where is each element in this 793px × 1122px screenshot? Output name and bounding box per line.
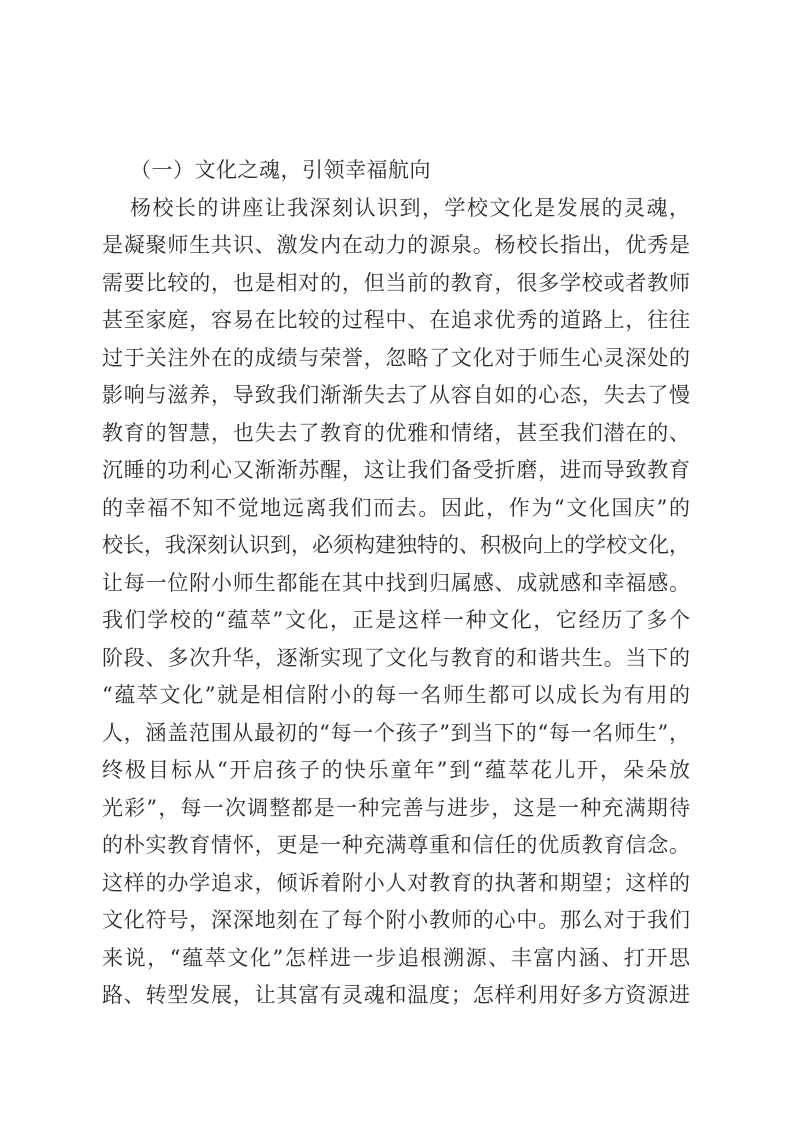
text-line: 这样的办学追求，倾诉着附小人对教育的执著和期望；这样的 <box>102 865 690 903</box>
text-line: 校长，我深刻认识到，必须构建独特的、积极向上的学校文化， <box>102 527 690 565</box>
text-line: 终极目标从“开启孩子的快乐童年”到“蕴萃花儿开，朵朵放 <box>102 752 690 790</box>
text-line: 杨校长的讲座让我深刻认识到，学校文化是发展的灵魂， <box>102 190 690 228</box>
text-line: 我们学校的“蕴萃”文化，正是这样一种文化，它经历了多个 <box>102 602 690 640</box>
text-line: 光彩”，每一次调整都是一种完善与进步，这是一种充满期待 <box>102 790 690 828</box>
section-heading: （一）文化之魂，引领幸福航向 <box>102 152 690 190</box>
text-line: 文化符号，深深地刻在了每个附小教师的心中。那么对于我们 <box>102 902 690 940</box>
text-line: 影响与滋养，导致我们渐渐失去了从容自如的心态，失去了慢 <box>102 377 690 415</box>
text-line: 阶段、多次升华，逐渐实现了文化与教育的和谐共生。当下的 <box>102 640 690 678</box>
body-paragraph: 杨校长的讲座让我深刻认识到，学校文化是发展的灵魂，是凝聚师生共识、激发内在动力的… <box>102 190 690 1015</box>
text-line: 人，涵盖范围从最初的“每一个孩子”到当下的“每一名师生”， <box>102 715 690 753</box>
text-line: 是凝聚师生共识、激发内在动力的源泉。杨校长指出，优秀是 <box>102 227 690 265</box>
text-line: 来说，“蕴萃文化”怎样进一步追根溯源、丰富内涵、打开思 <box>102 940 690 978</box>
text-line: 教育的智慧，也失去了教育的优雅和情绪，甚至我们潜在的、 <box>102 415 690 453</box>
text-line: 让每一位附小师生都能在其中找到归属感、成就感和幸福感。 <box>102 565 690 603</box>
text-line: 过于关注外在的成绩与荣誉，忽略了文化对于师生心灵深处的 <box>102 340 690 378</box>
text-line: 沉睡的功利心又渐渐苏醒，这让我们备受折磨，进而导致教育 <box>102 452 690 490</box>
document-page: （一）文化之魂，引领幸福航向 杨校长的讲座让我深刻认识到，学校文化是发展的灵魂，… <box>0 0 793 1122</box>
text-line: 甚至家庭，容易在比较的过程中、在追求优秀的道路上，往往 <box>102 302 690 340</box>
text-line: 的朴实教育情怀，更是一种充满尊重和信任的优质教育信念。 <box>102 827 690 865</box>
text-block: （一）文化之魂，引领幸福航向 杨校长的讲座让我深刻认识到，学校文化是发展的灵魂，… <box>102 152 690 1015</box>
text-line: 路、转型发展，让其富有灵魂和温度；怎样利用好多方资源进 <box>102 977 690 1015</box>
text-line: “蕴萃文化”就是相信附小的每一名师生都可以成长为有用的 <box>102 677 690 715</box>
text-line: 需要比较的，也是相对的，但当前的教育，很多学校或者教师 <box>102 265 690 303</box>
text-line: 的幸福不知不觉地远离我们而去。因此，作为“文化国庆”的 <box>102 490 690 528</box>
